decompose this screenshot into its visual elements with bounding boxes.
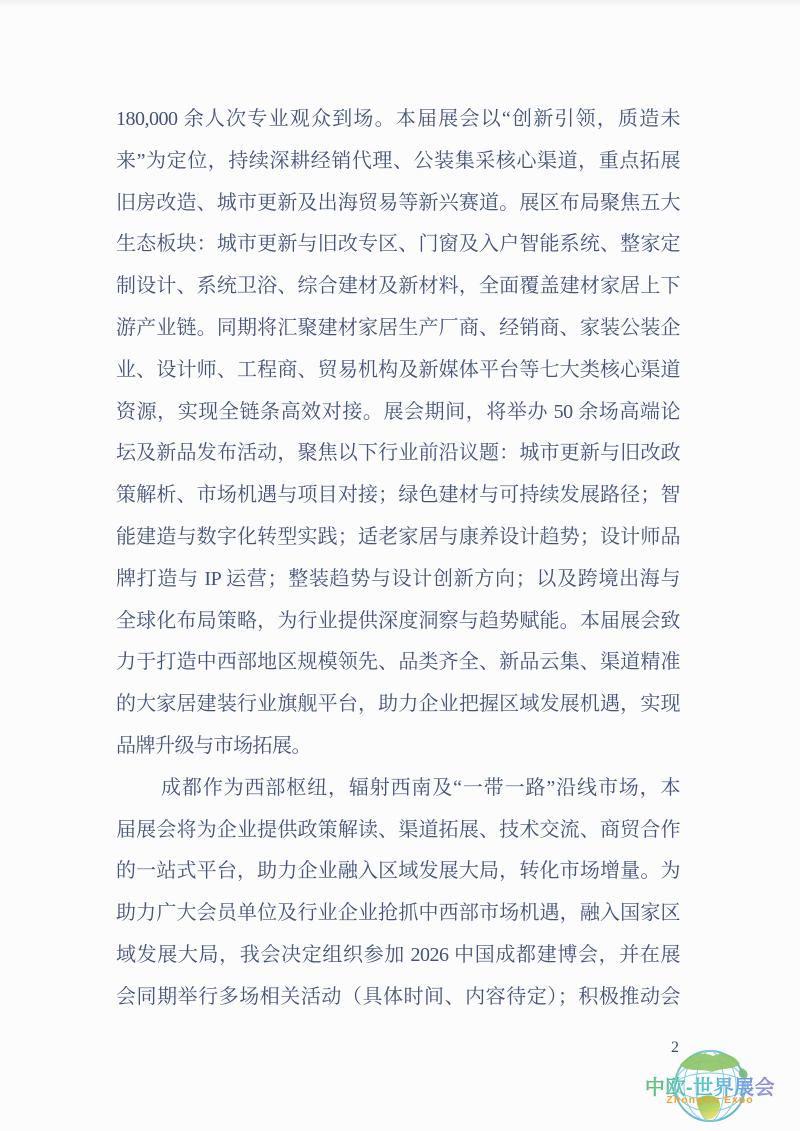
text-line: 成都作为西部枢纽，辐射西南及“一带一路”沿线市场，本 bbox=[116, 768, 680, 810]
text-line: 届展会将为企业提供政策解读、渠道拓展、技术交流、商贸合作 bbox=[116, 810, 680, 852]
text-block: 180,000 余人次专业观众到场。本届展会以“创新引领，质造未来”为定位，持续… bbox=[116, 99, 680, 1019]
document-page: 180,000 余人次专业观众到场。本届展会以“创新引领，质造未来”为定位，持续… bbox=[0, 0, 800, 1131]
text-line: 域发展大局，我会决定组织参加 2026 中国成都建博会，并在展 bbox=[116, 935, 680, 977]
text-line: 180,000 余人次专业观众到场。本届展会以“创新引领，质造未 bbox=[116, 99, 680, 141]
text-line: 牌打造与 IP 运营；整装趋势与设计创新方向；以及跨境出海与 bbox=[116, 559, 680, 601]
text-line: 力于打造中西部地区规模领先、品类齐全、新品云集、渠道精准 bbox=[116, 642, 680, 684]
text-line: 全球化布局策略，为行业提供深度洞察与趋势赋能。本届展会致 bbox=[116, 601, 680, 643]
text-line: 资源，实现全链条高效对接。展会期间，将举办 50 余场高端论 bbox=[116, 392, 680, 434]
text-line: 策解析、市场机遇与项目对接；绿色建材与可持续发展路径；智 bbox=[116, 475, 680, 517]
logo-subtitle: ZhongOu Expo bbox=[642, 1094, 778, 1106]
footer-logo: 中欧-世界展会 ZhongOu Expo bbox=[642, 1042, 778, 1128]
text-line: 旧房改造、城市更新及出海贸易等新兴赛道。展区布局聚焦五大 bbox=[116, 183, 680, 225]
text-line: 生态板块：城市更新与旧改专区、门窗及入户智能系统、整家定 bbox=[116, 224, 680, 266]
text-line: 的一站式平台，助力企业融入区域发展大局，转化市场增量。为 bbox=[116, 851, 680, 893]
text-line: 来”为定位，持续深耕经销代理、公装集采核心渠道，重点拓展 bbox=[116, 141, 680, 183]
text-line: 的大家居建装行业旗舰平台，助力企业把握区域发展机遇，实现 bbox=[116, 684, 680, 726]
text-line: 制设计、系统卫浴、综合建材及新材料，全面覆盖建材家居上下 bbox=[116, 266, 680, 308]
text-line: 游产业链。同期将汇聚建材家居生产厂商、经销商、家装公装企 bbox=[116, 308, 680, 350]
text-line: 业、设计师、工程商、贸易机构及新媒体平台等七大类核心渠道 bbox=[116, 350, 680, 392]
text-line: 助力广大会员单位及行业企业抢抓中西部市场机遇，融入国家区 bbox=[116, 893, 680, 935]
text-line: 能建造与数字化转型实践；适老家居与康养设计趋势；设计师品 bbox=[116, 517, 680, 559]
text-line: 会同期举行多场相关活动（具体时间、内容待定）；积极推动会 bbox=[116, 977, 680, 1019]
text-line: 品牌升级与市场拓展。 bbox=[116, 726, 680, 768]
text-line: 坛及新品发布活动，聚焦以下行业前沿议题：城市更新与旧改政 bbox=[116, 433, 680, 475]
